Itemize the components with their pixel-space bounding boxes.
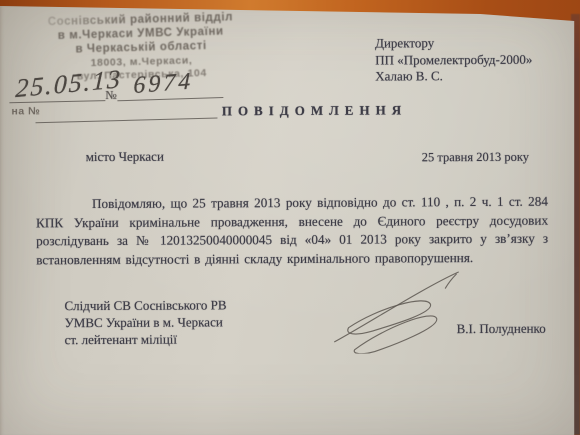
number-sign-label: №: [105, 88, 117, 103]
ruled-line: [36, 117, 218, 123]
addressee-line: Халаю В. С.: [375, 68, 565, 85]
body-line: Повідомляю, що 25 травня 2013 року відпо…: [36, 193, 548, 214]
handwritten-number: 6974: [133, 68, 194, 100]
signature-scribble: [326, 265, 474, 354]
document-photo: Соснівський районний відділ в м.Черкаси …: [0, 0, 580, 435]
addressee-line: Директору: [375, 35, 565, 52]
document-title: ПОВІДОМЛЕННЯ: [204, 102, 424, 119]
closing-line: УМВС України в м. Черкаси: [65, 313, 295, 331]
body-paragraph: Повідомляю, що 25 травня 2013 року відпо…: [36, 193, 548, 270]
place-city: місто Черкаси: [86, 149, 164, 165]
closing-line: Слідчий СВ Соснівського РВ: [64, 296, 294, 314]
document-content: Соснівський районний відділ в м.Черкаси …: [0, 0, 580, 435]
closing-line: ст. лейтенант міліції: [65, 330, 295, 348]
addressee-line: ПП «Промелектробуд-2000»: [375, 51, 565, 68]
addressee-block: Директору ПП «Промелектробуд-2000» Халаю…: [375, 35, 565, 85]
form-field-label-na-no: на №: [11, 105, 40, 117]
closing-block: Слідчий СВ Соснівського РВ УМВС України …: [64, 296, 294, 348]
document-date: 25 травня 2013 року: [422, 150, 529, 166]
signer-name: В.І. Полудненко: [457, 321, 546, 337]
body-line: розслідувань за № 12013250040000045 від …: [36, 230, 548, 251]
